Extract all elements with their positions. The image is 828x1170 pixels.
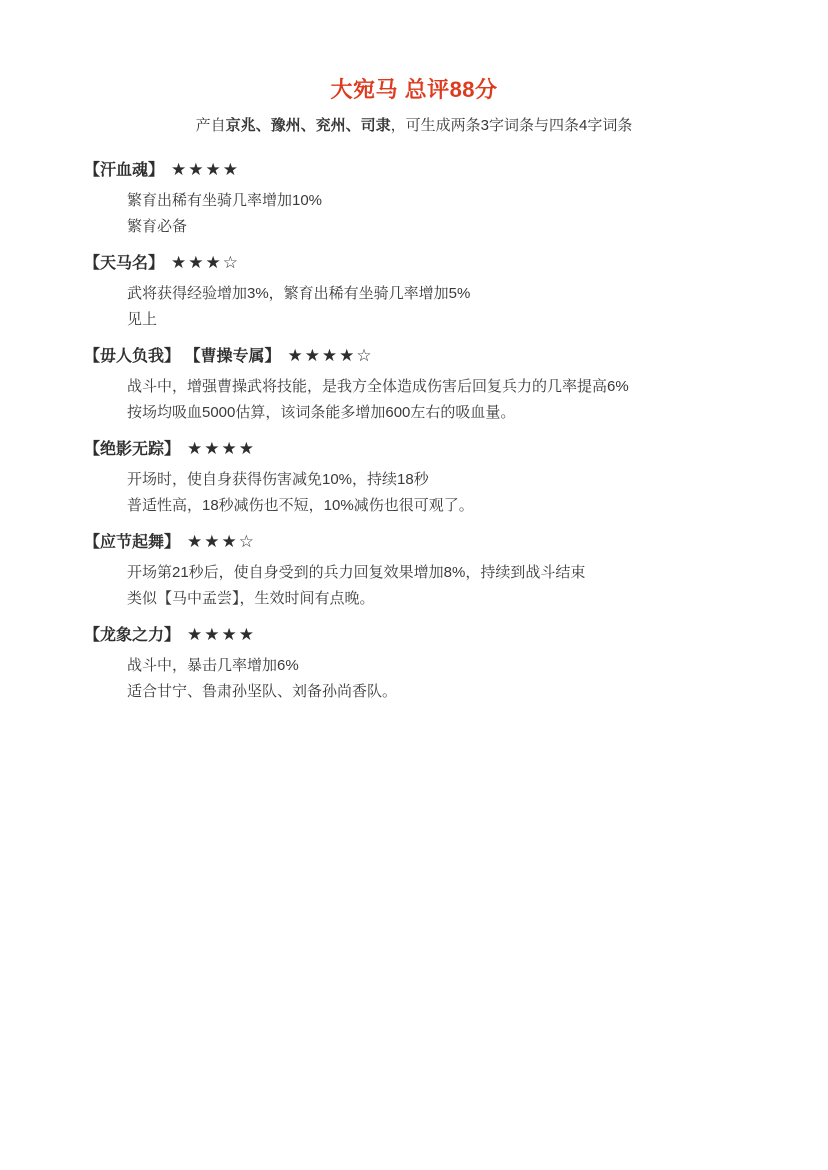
trait-body: 繁育出稀有坐骑几率增加10% 繁育必备 bbox=[84, 188, 768, 240]
trait-section: 【毋人负我】 【曹操专属】★★★★☆ 战斗中，增强曹操武将技能，是我方全体造成伤… bbox=[84, 344, 768, 426]
trait-effect: 开场第21秒后，使自身受到的兵力回复效果增加8%，持续到战斗结束 bbox=[127, 560, 768, 586]
star-rating: ★★★☆ bbox=[187, 532, 256, 552]
trait-header: 【汗血魂】★★★★ bbox=[84, 158, 768, 183]
trait-name: 【天马名】 bbox=[84, 255, 164, 272]
trait-effect: 武将获得经验增加3%，繁育出稀有坐骑几率增加5% bbox=[127, 281, 768, 307]
document-page: 大宛马 总评88分 产自京兆、豫州、兖州、司隶，可生成两条3字词条与四条4字词条… bbox=[0, 0, 828, 1170]
trait-comment: 类似【马中孟尝】，生效时间有点晚。 bbox=[127, 586, 768, 612]
star-rating: ★★★★ bbox=[187, 439, 256, 459]
star-rating: ★★★☆ bbox=[171, 253, 240, 273]
trait-comment: 繁育必备 bbox=[127, 214, 768, 240]
trait-section: 【绝影无踪】★★★★ 开场时，使自身获得伤害减免10%，持续18秒 普适性高，1… bbox=[84, 437, 768, 519]
trait-header: 【绝影无踪】★★★★ bbox=[84, 437, 768, 462]
trait-body: 战斗中，增强曹操武将技能，是我方全体造成伤害后回复兵力的几率提高6% 按场均吸血… bbox=[84, 374, 768, 426]
trait-name: 【毋人负我】 【曹操专属】 bbox=[84, 348, 280, 365]
trait-effect: 战斗中，暴击几率增加6% bbox=[127, 653, 768, 679]
trait-body: 开场时，使自身获得伤害减免10%，持续18秒 普适性高，18秒减伤也不短，10%… bbox=[84, 467, 768, 519]
trait-section: 【汗血魂】★★★★ 繁育出稀有坐骑几率增加10% 繁育必备 bbox=[84, 158, 768, 240]
trait-effect: 繁育出稀有坐骑几率增加10% bbox=[127, 188, 768, 214]
trait-header: 【龙象之力】★★★★ bbox=[84, 623, 768, 648]
trait-section: 【应节起舞】★★★☆ 开场第21秒后，使自身受到的兵力回复效果增加8%，持续到战… bbox=[84, 530, 768, 612]
trait-body: 武将获得经验增加3%，繁育出稀有坐骑几率增加5% 见上 bbox=[84, 281, 768, 333]
trait-comment: 见上 bbox=[127, 307, 768, 333]
trait-comment: 按场均吸血5000估算，该词条能多增加600左右的吸血量。 bbox=[127, 400, 768, 426]
trait-name: 【绝影无踪】 bbox=[84, 441, 180, 458]
subtitle-prefix: 产自 bbox=[196, 117, 226, 134]
trait-header: 【天马名】★★★☆ bbox=[84, 251, 768, 276]
star-rating: ★★★★ bbox=[171, 160, 240, 180]
subtitle-regions: 京兆、豫州、兖州、司隶 bbox=[226, 117, 391, 134]
trait-name: 【应节起舞】 bbox=[84, 534, 180, 551]
trait-comment: 适合甘宁、鲁肃孙坚队、刘备孙尚香队。 bbox=[127, 679, 768, 705]
trait-name: 【汗血魂】 bbox=[84, 162, 164, 179]
trait-section: 【龙象之力】★★★★ 战斗中，暴击几率增加6% 适合甘宁、鲁肃孙坚队、刘备孙尚香… bbox=[84, 623, 768, 705]
trait-body: 开场第21秒后，使自身受到的兵力回复效果增加8%，持续到战斗结束 类似【马中孟尝… bbox=[84, 560, 768, 612]
subtitle-suffix: ，可生成两条3字词条与四条4字词条 bbox=[391, 117, 633, 134]
trait-effect: 开场时，使自身获得伤害减免10%，持续18秒 bbox=[127, 467, 768, 493]
trait-section: 【天马名】★★★☆ 武将获得经验增加3%，繁育出稀有坐骑几率增加5% 见上 bbox=[84, 251, 768, 333]
trait-effect: 战斗中，增强曹操武将技能，是我方全体造成伤害后回复兵力的几率提高6% bbox=[127, 374, 768, 400]
trait-name: 【龙象之力】 bbox=[84, 627, 180, 644]
trait-list: 【汗血魂】★★★★ 繁育出稀有坐骑几率增加10% 繁育必备 【天马名】★★★☆ … bbox=[0, 158, 828, 705]
trait-header: 【应节起舞】★★★☆ bbox=[84, 530, 768, 555]
page-title: 大宛马 总评88分 bbox=[0, 78, 828, 102]
trait-comment: 普适性高，18秒减伤也不短，10%减伤也很可观了。 bbox=[127, 493, 768, 519]
trait-header: 【毋人负我】 【曹操专属】★★★★☆ bbox=[84, 344, 768, 369]
subtitle: 产自京兆、豫州、兖州、司隶，可生成两条3字词条与四条4字词条 bbox=[0, 116, 828, 136]
star-rating: ★★★★ bbox=[187, 625, 256, 645]
star-rating: ★★★★☆ bbox=[287, 346, 373, 366]
trait-body: 战斗中，暴击几率增加6% 适合甘宁、鲁肃孙坚队、刘备孙尚香队。 bbox=[84, 653, 768, 705]
